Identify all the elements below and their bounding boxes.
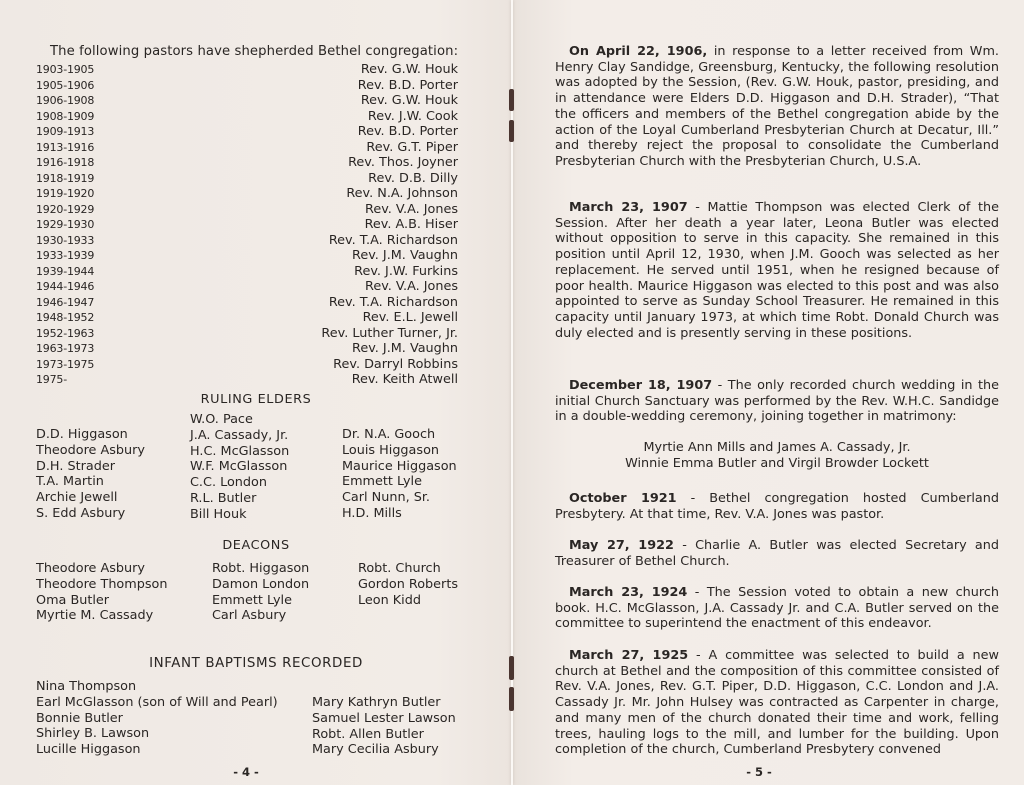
name-entry: Myrtie M. Cassady — [36, 608, 167, 624]
staple-icon — [509, 656, 514, 680]
infant-baptisms-title: INFANT BAPTISMS RECORDED — [0, 656, 512, 671]
pastor-name: Rev. N.A. Johnson — [346, 186, 458, 202]
entry-date: December 18, 1907 — [569, 378, 712, 393]
pastor-name: Rev. G.W. Houk — [361, 62, 458, 78]
page-4: The following pastors have shepherded Be… — [0, 0, 512, 785]
pastors-intro: The following pastors have shepherded Be… — [50, 44, 458, 59]
entry-march-1924: March 23, 1924 - The Session voted to ob… — [555, 585, 999, 632]
name-entry: Carl Asbury — [212, 608, 309, 624]
staple-icon — [509, 687, 514, 711]
name-entry: D.H. Strader — [36, 459, 145, 475]
entry-text: - A committee was selected to build a ne… — [555, 648, 999, 757]
pastor-years: 1905-1906 — [36, 78, 94, 94]
pastor-row: 1906-1908Rev. G.W. Houk — [36, 93, 458, 109]
name-entry: Archie Jewell — [36, 490, 145, 506]
pastor-years: 1973-1975 — [36, 357, 94, 373]
ruling-elders-title: RULING ELDERS — [0, 392, 512, 407]
entry-date: On April 22, 1906, — [569, 44, 707, 59]
pastor-name: Rev. T.A. Richardson — [329, 233, 458, 249]
name-entry: Mary Cecilia Asbury — [312, 742, 456, 758]
name-entry: Oma Butler — [36, 593, 167, 609]
deacons-column-2: Robt. HiggasonDamon LondonEmmett LyleCar… — [212, 561, 309, 624]
pastor-row: 1919-1920Rev. N.A. Johnson — [36, 186, 458, 202]
entry-text: - Mattie Thompson was elected Clerk of t… — [555, 200, 999, 341]
pastor-years: 1906-1908 — [36, 93, 94, 109]
wedding-couple: Winnie Emma Butler and Virgil Browder Lo… — [555, 456, 999, 472]
pastor-row: 1913-1916Rev. G.T. Piper — [36, 140, 458, 156]
entry-april-1906: On April 22, 1906, in response to a lett… — [555, 44, 999, 170]
pastor-row: 1908-1909Rev. J.W. Cook — [36, 109, 458, 125]
name-entry: T.A. Martin — [36, 474, 145, 490]
pastor-years: 1908-1909 — [36, 109, 94, 125]
pastor-row: 1929-1930Rev. A.B. Hiser — [36, 217, 458, 233]
entry-march-1925: March 27, 1925 - A committee was selecte… — [555, 648, 999, 758]
pastor-row: 1930-1933Rev. T.A. Richardson — [36, 233, 458, 249]
name-entry: Maurice Higgason — [342, 459, 457, 475]
name-entry: Mary Kathryn Butler — [312, 695, 456, 711]
pastor-years: 1918-1919 — [36, 171, 94, 187]
pastor-name: Rev. J.M. Vaughn — [352, 248, 458, 264]
name-entry: D.D. Higgason — [36, 427, 145, 443]
pastor-years: 1903-1905 — [36, 62, 94, 78]
name-entry: W.O. Pace — [190, 412, 289, 428]
staple-icon — [509, 120, 514, 142]
pastor-name: Rev. V.A. Jones — [365, 202, 458, 218]
pastor-row: 1973-1975Rev. Darryl Robbins — [36, 357, 458, 373]
elders-column-3: Dr. N.A. GoochLouis HiggasonMaurice Higg… — [342, 427, 457, 522]
pastor-name: Rev. B.D. Porter — [358, 78, 458, 94]
pastor-years: 1975- — [36, 372, 67, 388]
pastor-years: 1916-1918 — [36, 155, 94, 171]
name-entry: Theodore Thompson — [36, 577, 167, 593]
name-entry: Theodore Asbury — [36, 561, 167, 577]
name-entry: Gordon Roberts — [358, 577, 458, 593]
pastor-years: 1939-1944 — [36, 264, 94, 280]
pastor-name: Rev. J.W. Cook — [368, 109, 458, 125]
pastor-row: 1909-1913Rev. B.D. Porter — [36, 124, 458, 140]
pastor-row: 1975-Rev. Keith Atwell — [36, 372, 458, 388]
pastor-row: 1946-1947Rev. T.A. Richardson — [36, 295, 458, 311]
pastor-row: 1918-1919Rev. D.B. Dilly — [36, 171, 458, 187]
entry-date: March 23, 1924 — [569, 585, 687, 600]
name-entry: C.C. London — [190, 475, 289, 491]
pastor-years: 1933-1939 — [36, 248, 94, 264]
pastor-years: 1946-1947 — [36, 295, 94, 311]
name-entry: Emmett Lyle — [212, 593, 309, 609]
pastor-years: 1944-1946 — [36, 279, 94, 295]
name-entry: Emmett Lyle — [342, 474, 457, 490]
pastor-name: Rev. A.B. Hiser — [365, 217, 458, 233]
pastor-name: Rev. T.A. Richardson — [329, 295, 458, 311]
deacons-title: DEACONS — [0, 538, 512, 553]
name-entry: Nina Thompson — [36, 679, 278, 695]
pastor-row: 1944-1946Rev. V.A. Jones — [36, 279, 458, 295]
name-entry: J.A. Cassady, Jr. — [190, 428, 289, 444]
entry-date: October 1921 — [569, 491, 677, 506]
pastor-row: 1948-1952Rev. E.L. Jewell — [36, 310, 458, 326]
pastor-row: 1905-1906Rev. B.D. Porter — [36, 78, 458, 94]
pastor-row: 1920-1929Rev. V.A. Jones — [36, 202, 458, 218]
pastor-name: Rev. G.W. Houk — [361, 93, 458, 109]
name-entry: S. Edd Asbury — [36, 506, 145, 522]
pastor-years: 1920-1929 — [36, 202, 94, 218]
entry-december-1907: December 18, 1907 - The only recorded ch… — [555, 378, 999, 425]
pastors-list: 1903-1905Rev. G.W. Houk1905-1906Rev. B.D… — [36, 62, 458, 388]
entry-may-1922: May 27, 1922 - Charlie A. Butler was ele… — [555, 538, 999, 569]
pastor-name: Rev. Thos. Joyner — [348, 155, 458, 171]
entry-date: May 27, 1922 — [569, 538, 674, 553]
name-entry: Shirley B. Lawson — [36, 726, 278, 742]
pastor-name: Rev. J.M. Vaughn — [352, 341, 458, 357]
pastor-row: 1916-1918Rev. Thos. Joyner — [36, 155, 458, 171]
pastor-name: Rev. D.B. Dilly — [368, 171, 458, 187]
pastor-years: 1929-1930 — [36, 217, 94, 233]
name-entry: Bonnie Butler — [36, 711, 278, 727]
pastor-name: Rev. J.W. Furkins — [354, 264, 458, 280]
pastor-years: 1930-1933 — [36, 233, 94, 249]
pastor-years: 1952-1963 — [36, 326, 94, 342]
baptisms-column-1: Nina ThompsonEarl McGlasson (son of Will… — [36, 679, 278, 758]
name-entry: W.F. McGlasson — [190, 459, 289, 475]
pastor-row: 1963-1973Rev. J.M. Vaughn — [36, 341, 458, 357]
name-entry: Dr. N.A. Gooch — [342, 427, 457, 443]
entry-march-1907: March 23, 1907 - Mattie Thompson was ele… — [555, 200, 999, 341]
pastor-years: 1948-1952 — [36, 310, 94, 326]
pastor-row: 1933-1939Rev. J.M. Vaughn — [36, 248, 458, 264]
pastor-row: 1939-1944Rev. J.W. Furkins — [36, 264, 458, 280]
name-entry: Earl McGlasson (son of Will and Pearl) — [36, 695, 278, 711]
wedding-couples: Myrtie Ann Mills and James A. Cassady, J… — [555, 440, 999, 472]
pastor-name: Rev. V.A. Jones — [365, 279, 458, 295]
page-number-right: - 5 - — [729, 765, 789, 779]
name-entry: Samuel Lester Lawson — [312, 711, 456, 727]
staple-icon — [509, 89, 514, 111]
pastor-years: 1919-1920 — [36, 186, 94, 202]
entry-october-1921: October 1921 - Bethel congregation hoste… — [555, 491, 999, 522]
pastor-name: Rev. Darryl Robbins — [333, 357, 458, 373]
pastor-years: 1909-1913 — [36, 124, 94, 140]
pastor-name: Rev. Luther Turner, Jr. — [321, 326, 458, 342]
pastor-years: 1963-1973 — [36, 341, 94, 357]
entry-text: in response to a letter received from Wm… — [555, 44, 999, 169]
name-entry: R.L. Butler — [190, 491, 289, 507]
elders-column-2: W.O. PaceJ.A. Cassady, Jr.H.C. McGlasson… — [190, 412, 289, 523]
name-entry: H.C. McGlasson — [190, 444, 289, 460]
pastor-name: Rev. B.D. Porter — [358, 124, 458, 140]
page-number-left: - 4 - — [216, 765, 276, 779]
entry-date: March 23, 1907 — [569, 200, 688, 215]
pastor-name: Rev. E.L. Jewell — [363, 310, 458, 326]
entry-date: March 27, 1925 — [569, 648, 688, 663]
name-entry: Bill Houk — [190, 507, 289, 523]
name-entry: Robt. Allen Butler — [312, 727, 456, 743]
elders-column-1: D.D. HiggasonTheodore AsburyD.H. Strader… — [36, 427, 145, 522]
name-entry: Robt. Church — [358, 561, 458, 577]
name-entry: Damon London — [212, 577, 309, 593]
wedding-couple: Myrtie Ann Mills and James A. Cassady, J… — [555, 440, 999, 456]
name-entry: Louis Higgason — [342, 443, 457, 459]
pastor-row: 1903-1905Rev. G.W. Houk — [36, 62, 458, 78]
baptisms-column-2: Mary Kathryn ButlerSamuel Lester LawsonR… — [312, 695, 456, 758]
pastor-name: Rev. G.T. Piper — [366, 140, 458, 156]
name-entry: Leon Kidd — [358, 593, 458, 609]
name-entry: H.D. Mills — [342, 506, 457, 522]
name-entry: Robt. Higgason — [212, 561, 309, 577]
pastor-row: 1952-1963Rev. Luther Turner, Jr. — [36, 326, 458, 342]
deacons-column-1: Theodore AsburyTheodore ThompsonOma Butl… — [36, 561, 167, 624]
name-entry: Theodore Asbury — [36, 443, 145, 459]
name-entry: Carl Nunn, Sr. — [342, 490, 457, 506]
deacons-column-3: Robt. ChurchGordon RobertsLeon Kidd — [358, 561, 458, 608]
name-entry: Lucille Higgason — [36, 742, 278, 758]
pastor-years: 1913-1916 — [36, 140, 94, 156]
pastor-name: Rev. Keith Atwell — [352, 372, 458, 388]
